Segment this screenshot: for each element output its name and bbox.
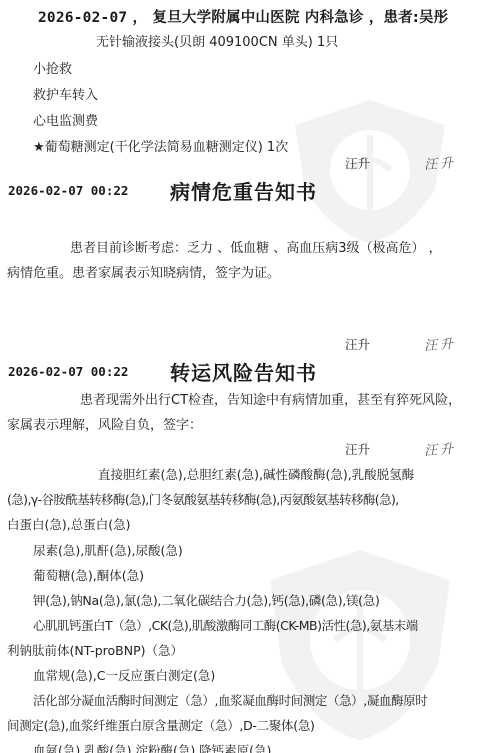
lab-test-line: 血氨(急),乳酸(急),淀粉酶(急),降钙素原(急) [33,741,271,753]
lab-test-line: 利钠肽前体(NT-proBNP)（急） [7,641,183,659]
order-item: 小抢救 [33,58,72,77]
order-item: 救护车转入 [33,84,98,103]
signer-printed-name: 汪升 [345,440,370,458]
patient-label: ，患者: [369,10,419,26]
record-header: 2026-02-07 ， 复旦大学附属中山医院 内科急诊 ，患者:吴彤 [38,6,448,27]
order-item: 无针输液接头(贝朗 409100CN 单头) 1只 [96,31,338,50]
lab-test-line: 尿素(急),肌酐(急),尿酸(急) [33,541,183,559]
lab-test-line: (急),γ-谷胺酰基转移酶(急),门冬氨酸氨基转移酶(急),丙氨酸氨基转移酶(急… [7,490,399,508]
lab-test-line: 活化部分凝血活酶时间测定（急）,血浆凝血酶时间测定（急）,凝血酶原时 [33,691,427,709]
notice-body: 病情危重。患者家属表示知晓病情，签字为证。 [7,262,280,281]
signer-printed-name: 汪升 [345,335,370,353]
handwritten-signature: 汪升 [423,152,456,173]
handwritten-signature: 汪升 [423,333,456,354]
header-separator: ， [127,10,147,26]
lab-test-line: 直接胆红素(急),总胆红素(急),碱性磷酸酶(急),乳酸脱氢酶 [98,465,414,483]
notice-date: 2026-02-07 00:22 [8,183,128,198]
lab-test-line: 间测定(急),血浆纤维蛋白原含量测定（急）,D-二聚体(急) [7,716,315,734]
notice-body: 家属表示理解，风险自负，签字： [7,414,202,433]
lab-test-line: 白蛋白(急),总蛋白(急) [7,515,130,533]
department-name: 内科急诊 [305,10,364,26]
signer-printed-name: 汪升 [345,154,370,172]
patient-name: 吴彤 [419,10,448,26]
record-date: 2026-02-07 [38,10,127,26]
lab-test-line: 心肌肌钙蛋白T（急）,CK(急),肌酸激酶同工酶(CK-MB)活性(急),氨基末… [33,616,418,634]
order-item: ★葡萄糖测定(干化学法简易血糖测定仪) 1次 [33,136,288,155]
lab-test-line: 葡萄糖(急),酮体(急) [33,566,144,584]
lab-test-line: 钾(急),钠Na(急),氯(急),二氧化碳结合力(急),钙(急),磷(急),镁(… [33,591,380,609]
notice-date: 2026-02-07 00:22 [8,364,128,379]
notice-title: 转运风险告知书 [170,357,317,386]
notice-title: 病情危重告知书 [170,176,317,205]
handwritten-signature: 汪升 [423,438,456,459]
notice-body: 患者现需外出行CT检查，告知途中有病情加重，甚至有猝死风险， [80,389,461,408]
hospital-name: 复旦大学附属中山医院 [153,10,300,26]
hospital-logo-watermark-icon [260,545,460,745]
order-item: 心电监测费 [33,110,98,129]
notice-body: 患者目前诊断考虑：乏力 、低血糖 、高血压病3级（极高危） ， [70,237,442,256]
medical-record-document: 2026-02-07 ， 复旦大学附属中山医院 内科急诊 ，患者:吴彤 无针输液… [0,0,479,753]
lab-test-line: 血常规(急),C一反应蛋白测定(急) [33,666,215,684]
